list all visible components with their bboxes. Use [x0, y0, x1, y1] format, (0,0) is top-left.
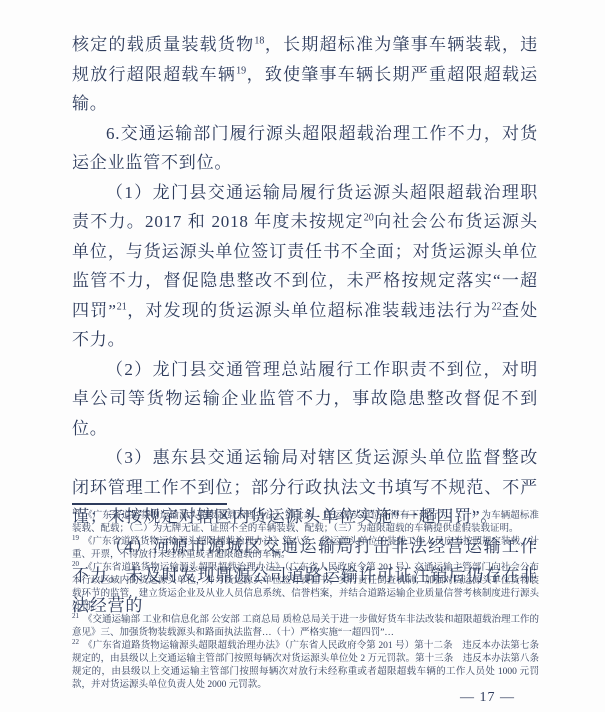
body-paragraph: （2）龙门县交通管理总站履行工作职责不到位，对明卓公司等货物运输企业监管不力，事…: [72, 355, 538, 444]
footnote-number: 19: [72, 534, 79, 542]
document-page: 核定的载质量装载货物18，长期超标准为肇事车辆装载，违规放行超限超载车辆19，致…: [0, 0, 605, 712]
footnote-ref: 19: [236, 65, 246, 76]
footnote-ref: 18: [254, 35, 264, 46]
footnote-21: 21《交通运输部 工业和信息化部 公安部 工商总局 质检总局关于进一步做好货车非…: [72, 614, 539, 640]
footnote-text: 《广东省道路货物运输源头超限超载治理办法》第七条 货运源头单位不得有下列行为：（…: [72, 511, 539, 534]
footnote-ref: 20: [364, 212, 374, 223]
body-paragraph: 核定的载质量装载货物18，长期超标准为肇事车辆装载，违规放行超限超载车辆19，致…: [72, 30, 538, 119]
footnote-22: 22《广东省道路货物运输源头超限超载治理办法》（广东省人民政府令第 201 号）…: [72, 640, 539, 692]
footnote-text: 《广东省道路货物运输源头超限超载治理办法》第八条 货运源头单位的装载工作人员应当…: [72, 537, 539, 560]
footnote-ref: 22: [492, 301, 502, 312]
footnote-number: 18: [72, 508, 79, 516]
page-number: — 17 —: [460, 690, 515, 706]
footnotes-section: 18《广东省道路货物运输源头超限超载治理办法》第七条 货运源头单位不得有下列行为…: [72, 503, 539, 692]
footnote-text: 《广东省道路货物运输源头超限超载治理办法》（广东省人民政府令第 201 号）交通…: [72, 563, 539, 612]
footnote-number: 22: [72, 638, 79, 646]
footnote-number: 20: [72, 560, 79, 568]
footnote-text: 《广东省道路货物运输源头超限超载治理办法》（广东省人民政府令第 201 号）第十…: [72, 641, 539, 690]
footnote-20: 20《广东省道路货物运输源头超限超载治理办法》（广东省人民政府令第 201 号）…: [72, 562, 539, 614]
footnote-divider-rule: [72, 503, 227, 505]
body-paragraph: 6.交通运输部门履行源头超限超载治理工作不力，对货运企业监管不到位。: [72, 119, 538, 178]
footnote-number: 21: [72, 612, 79, 620]
footnote-ref: 21: [117, 301, 127, 312]
footnote-19: 19《广东省道路货物运输源头超限超载治理办法》第八条 货运源头单位的装载工作人员…: [72, 536, 539, 562]
footnote-18: 18《广东省道路货物运输源头超限超载治理办法》第七条 货运源头单位不得有下列行为…: [72, 510, 539, 536]
body-paragraph: （1）龙门县交通运输局履行货运源头超限超载治理职责不力。2017 和 2018 …: [72, 178, 538, 355]
footnote-text: 《交通运输部 工业和信息化部 公安部 工商总局 质检总局关于进一步做好货车非法改…: [72, 615, 539, 638]
